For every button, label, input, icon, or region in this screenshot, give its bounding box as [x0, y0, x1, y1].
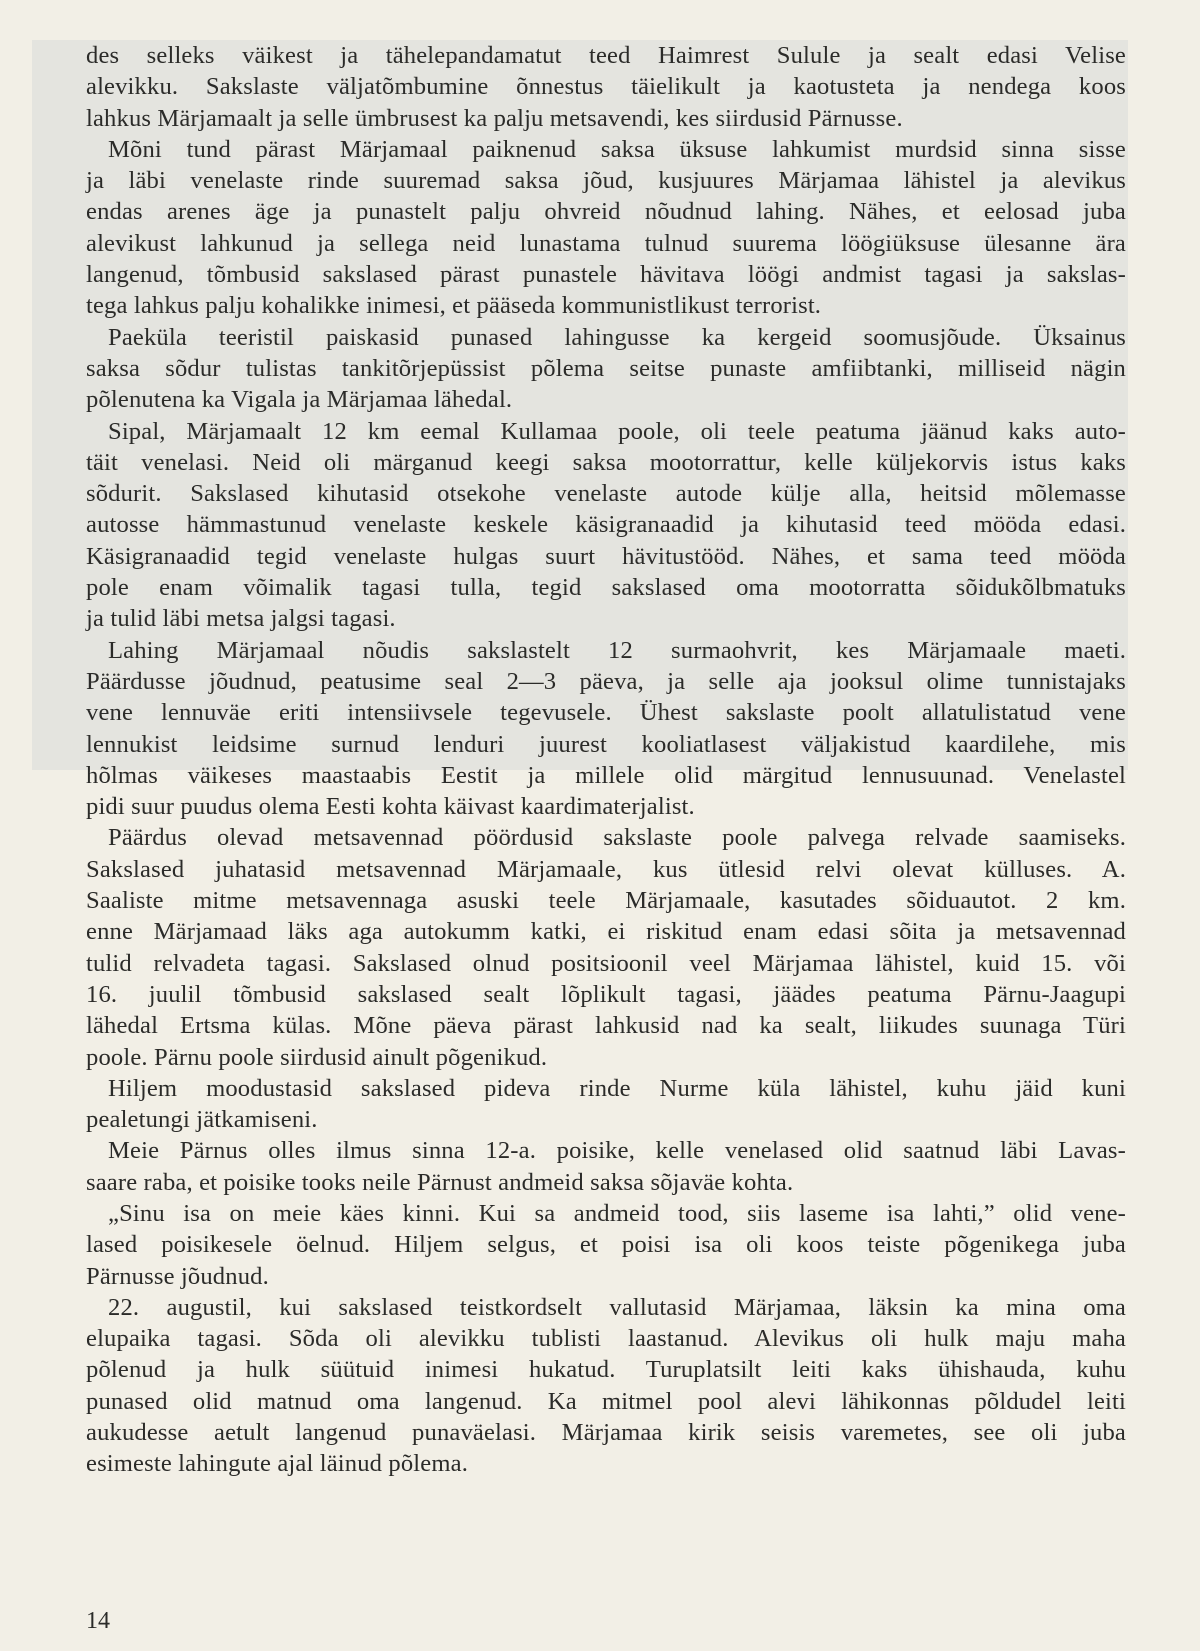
text-line: tulid relvadeta tagasi. Sakslased olnud …	[86, 948, 1126, 979]
paragraph: Meie Pärnus olles ilmus sinna 12-a. pois…	[86, 1135, 1126, 1198]
text-line: aukudesse aetult langenud punaväelasi. M…	[86, 1417, 1126, 1448]
text-line: Sakslased juhatasid metsavennad Märjamaa…	[86, 854, 1126, 885]
text-line: hõlmas väikeses maastaabis Eestit ja mil…	[86, 760, 1126, 791]
page-number: 14	[86, 1608, 110, 1635]
text-line: lähedal Ertsma külas. Mõne päeva pärast …	[86, 1010, 1126, 1041]
text-line: Mõni tund pärast Märjamaal paiknenud sak…	[86, 134, 1126, 165]
paragraph: 22. augustil, kui sakslased teistkordsel…	[86, 1292, 1126, 1480]
text-line: alevikust lahkunud ja sellega neid lunas…	[86, 228, 1126, 259]
paragraph: Sipal, Märjamaalt 12 km eemal Kullamaa p…	[86, 416, 1126, 635]
paragraph: „Sinu isa on meie käes kinni. Kui sa and…	[86, 1198, 1126, 1292]
text-line: langenud, tõmbusid sakslased pärast puna…	[86, 259, 1126, 290]
text-line: poole. Pärnu poole siirdusid ainult põge…	[86, 1042, 1126, 1073]
text-line: 16. juulil tõmbusid sakslased sealt lõpl…	[86, 979, 1126, 1010]
text-line: Meie Pärnus olles ilmus sinna 12-a. pois…	[86, 1135, 1126, 1166]
text-line: tega lahkus palju kohalikke inimesi, et …	[86, 290, 1126, 321]
text-line: Päärdusse jõudnud, peatusime seal 2—3 pä…	[86, 666, 1126, 697]
text-line: lennukist leidsime surnud lenduri juures…	[86, 729, 1126, 760]
paragraph: des selleks väikest ja tähelepandamatut …	[86, 40, 1126, 134]
text-line: lahkus Märjamaalt ja selle ümbrusest ka …	[86, 103, 1126, 134]
text-line: saksa sõdur tulistas tankitõrjepüssist p…	[86, 353, 1126, 384]
text-line: 22. augustil, kui sakslased teistkordsel…	[86, 1292, 1126, 1323]
text-line: põlenud ja hulk süütuid inimesi hukatud.…	[86, 1354, 1126, 1385]
text-line: pealetungi jätkamiseni.	[86, 1104, 1126, 1135]
text-line: autosse hämmastunud venelaste keskele kä…	[86, 509, 1126, 540]
paragraph: Päärdus olevad metsavennad pöördusid sak…	[86, 822, 1126, 1072]
text-line: ja läbi venelaste rinde suuremad saksa j…	[86, 165, 1126, 196]
text-line: Lahing Märjamaal nõudis sakslastelt 12 s…	[86, 635, 1126, 666]
text-line: „Sinu isa on meie käes kinni. Kui sa and…	[86, 1198, 1126, 1229]
text-line: alevikku. Sakslaste väljatõmbumine õnnes…	[86, 71, 1126, 102]
text-line: enne Märjamaad läks aga autokumm katki, …	[86, 916, 1126, 947]
text-line: punased olid matnud oma langenud. Ka mit…	[86, 1386, 1126, 1417]
text-line: pole enam võimalik tagasi tulla, tegid s…	[86, 572, 1126, 603]
text-line: Saaliste mitme metsavennaga asuski teele…	[86, 885, 1126, 916]
text-line: Paeküla teeristil paiskasid punased lahi…	[86, 322, 1126, 353]
text-line: täit venelasi. Neid oli märganud keegi s…	[86, 447, 1126, 478]
text-line: ja tulid läbi metsa jalgsi tagasi.	[86, 603, 1126, 634]
text-line: elupaika tagasi. Sõda oli alevikku tubli…	[86, 1323, 1126, 1354]
text-line: Hiljem moodustasid sakslased pideva rind…	[86, 1073, 1126, 1104]
text-line: vene lennuväe eriti intensiivsele tegevu…	[86, 697, 1126, 728]
paragraph: Hiljem moodustasid sakslased pideva rind…	[86, 1073, 1126, 1136]
text-line: Pärnusse jõudnud.	[86, 1261, 1126, 1292]
text-line: esimeste lahingute ajal läinud põlema.	[86, 1448, 1126, 1479]
text-line: Käsigranaadid tegid venelaste hulgas suu…	[86, 541, 1126, 572]
text-line: lased poisikesele öelnud. Hiljem selgus,…	[86, 1229, 1126, 1260]
text-line: des selleks väikest ja tähelepandamatut …	[86, 40, 1126, 71]
text-line: pidi suur puudus olema Eesti kohta käiva…	[86, 791, 1126, 822]
page-body: des selleks väikest ja tähelepandamatut …	[86, 40, 1126, 1480]
paragraph: Paeküla teeristil paiskasid punased lahi…	[86, 322, 1126, 416]
paragraph: Lahing Märjamaal nõudis sakslastelt 12 s…	[86, 635, 1126, 823]
text-line: Päärdus olevad metsavennad pöördusid sak…	[86, 822, 1126, 853]
paragraph: Mõni tund pärast Märjamaal paiknenud sak…	[86, 134, 1126, 322]
text-line: põlenutena ka Vigala ja Märjamaa lähedal…	[86, 384, 1126, 415]
text-line: saare raba, et poisike tooks neile Pärnu…	[86, 1167, 1126, 1198]
text-line: sõdurit. Sakslased kihutasid otsekohe ve…	[86, 478, 1126, 509]
text-line: endas arenes äge ja punastelt palju ohvr…	[86, 196, 1126, 227]
text-line: Sipal, Märjamaalt 12 km eemal Kullamaa p…	[86, 416, 1126, 447]
